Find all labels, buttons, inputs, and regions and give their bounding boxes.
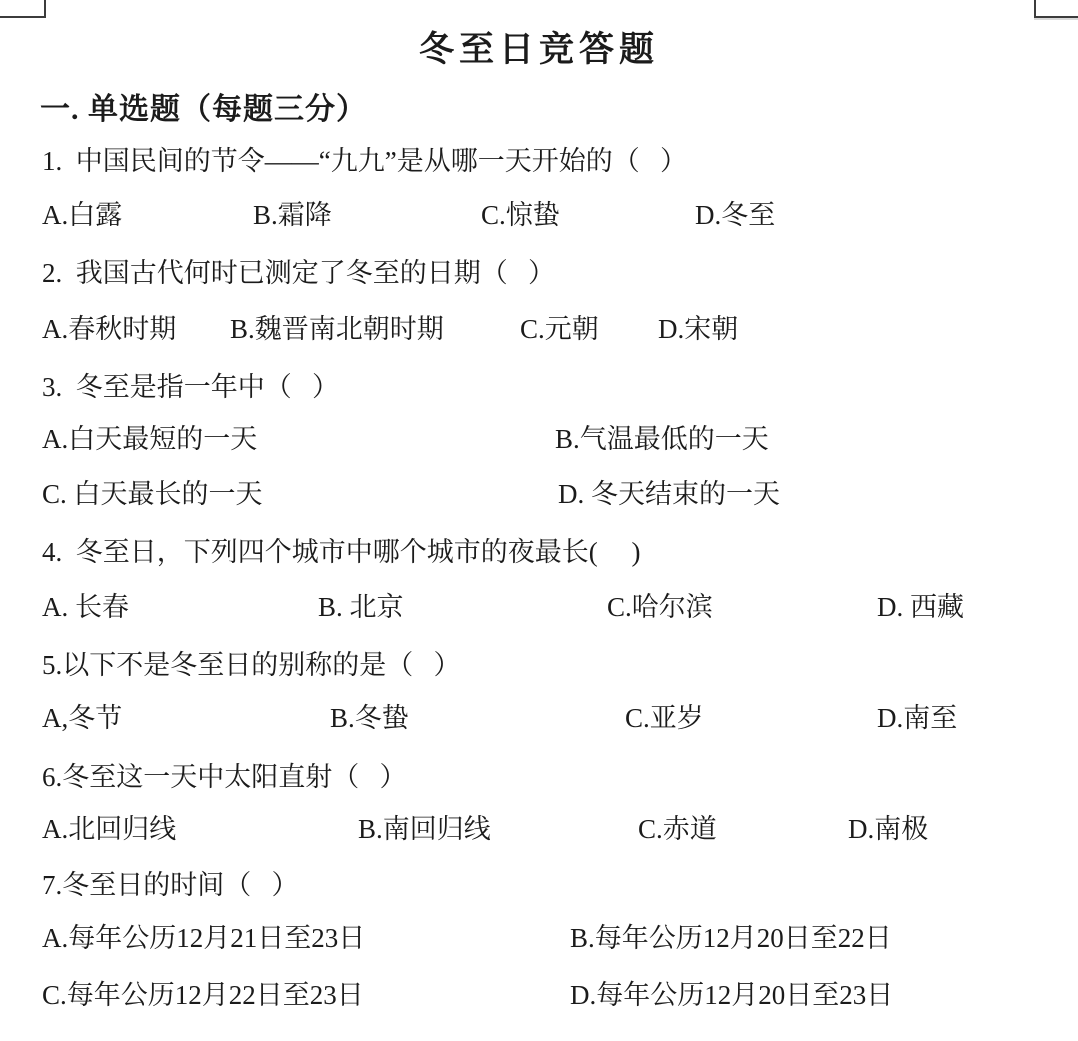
option-d: D.每年公历12月20日至23日 xyxy=(570,978,893,1012)
option-b: B.气温最低的一天 xyxy=(555,422,769,456)
question-text: 2. 我国古代何时已测定了冬至的日期（ ） xyxy=(42,256,555,290)
question-2-options: A.春秋时期 B.魏晋南北朝时期 C.元朝 D.宋朝 xyxy=(0,312,1078,352)
document-page: 冬至日竞答题 一. 单选题（每题三分） 1. 中国民间的节令——“九九”是从哪一… xyxy=(0,0,1078,1041)
question-4-options: A. 长春 B. 北京 C.哈尔滨 D. 西藏 xyxy=(0,590,1078,630)
question-3-options-row-1: A.白天最短的一天 B.气温最低的一天 xyxy=(0,422,1078,462)
option-d: D.宋朝 xyxy=(658,312,738,346)
question-text: 3. 冬至是指一年中（ ） xyxy=(42,370,339,404)
option-d: D. 西藏 xyxy=(877,590,964,624)
option-a: A,冬节 xyxy=(42,701,122,735)
page-corner-mark-left xyxy=(0,0,46,18)
option-a: A.春秋时期 xyxy=(42,312,176,346)
option-d: D. 冬天结束的一天 xyxy=(558,477,780,511)
question-text: 1. 中国民间的节令——“九九”是从哪一天开始的（ ） xyxy=(42,144,687,178)
option-b: B.冬蛰 xyxy=(330,701,409,735)
option-a: A. 长春 xyxy=(42,590,129,624)
question-7-options-row-1: A.每年公历12月21日至23日 B.每年公历12月20日至22日 xyxy=(0,921,1078,961)
section-heading: 一. 单选题（每题三分） xyxy=(40,84,367,128)
question-4: 4. 冬至日，下列四个城市中哪个城市的夜最长( ) xyxy=(0,535,1078,575)
question-1: 1. 中国民间的节令——“九九”是从哪一天开始的（ ） xyxy=(0,144,1078,184)
option-a: A.白天最短的一天 xyxy=(42,422,257,456)
option-d: D.南极 xyxy=(848,812,928,846)
question-text: 7.冬至日的时间（ ） xyxy=(42,868,299,902)
option-c: C.每年公历12月22日至23日 xyxy=(42,978,364,1012)
question-5: 5.以下不是冬至日的别称的是（ ） xyxy=(0,648,1078,688)
option-b: B.南回归线 xyxy=(358,812,491,846)
option-c: C.赤道 xyxy=(638,812,717,846)
question-2: 2. 我国古代何时已测定了冬至的日期（ ） xyxy=(0,256,1078,296)
question-7-options-row-2: C.每年公历12月22日至23日 D.每年公历12月20日至23日 xyxy=(0,978,1078,1018)
question-3: 3. 冬至是指一年中（ ） xyxy=(0,370,1078,410)
option-c: C.哈尔滨 xyxy=(607,590,713,624)
question-1-options: A.白露 B.霜降 C.惊蛰 D.冬至 xyxy=(0,198,1078,238)
question-text: 6.冬至这一天中太阳直射（ ） xyxy=(42,760,407,794)
option-b: B.霜降 xyxy=(253,198,332,232)
option-c: C.元朝 xyxy=(520,312,599,346)
option-b: B.魏晋南北朝时期 xyxy=(230,312,444,346)
option-c: C.亚岁 xyxy=(625,701,704,735)
question-6-options: A.北回归线 B.南回归线 C.赤道 D.南极 xyxy=(0,812,1078,852)
option-b: B.每年公历12月20日至22日 xyxy=(570,921,892,955)
option-c: C. 白天最长的一天 xyxy=(42,477,263,511)
question-3-options-row-2: C. 白天最长的一天 D. 冬天结束的一天 xyxy=(0,477,1078,517)
question-text: 5.以下不是冬至日的别称的是（ ） xyxy=(42,648,461,682)
option-b: B. 北京 xyxy=(318,590,404,624)
question-6: 6.冬至这一天中太阳直射（ ） xyxy=(0,760,1078,800)
option-c: C.惊蛰 xyxy=(481,198,560,232)
question-5-options: A,冬节 B.冬蛰 C.亚岁 D.南至 xyxy=(0,701,1078,741)
page-title: 冬至日竞答题 xyxy=(0,22,1078,72)
option-a: A.白露 xyxy=(42,198,122,232)
question-7: 7.冬至日的时间（ ） xyxy=(0,868,1078,908)
option-d: D.南至 xyxy=(877,701,957,735)
option-a: A.北回归线 xyxy=(42,812,176,846)
page-corner-mark-right xyxy=(1034,0,1078,18)
option-d: D.冬至 xyxy=(695,198,775,232)
question-text: 4. 冬至日，下列四个城市中哪个城市的夜最长( ) xyxy=(42,535,640,569)
option-a: A.每年公历12月21日至23日 xyxy=(42,921,365,955)
